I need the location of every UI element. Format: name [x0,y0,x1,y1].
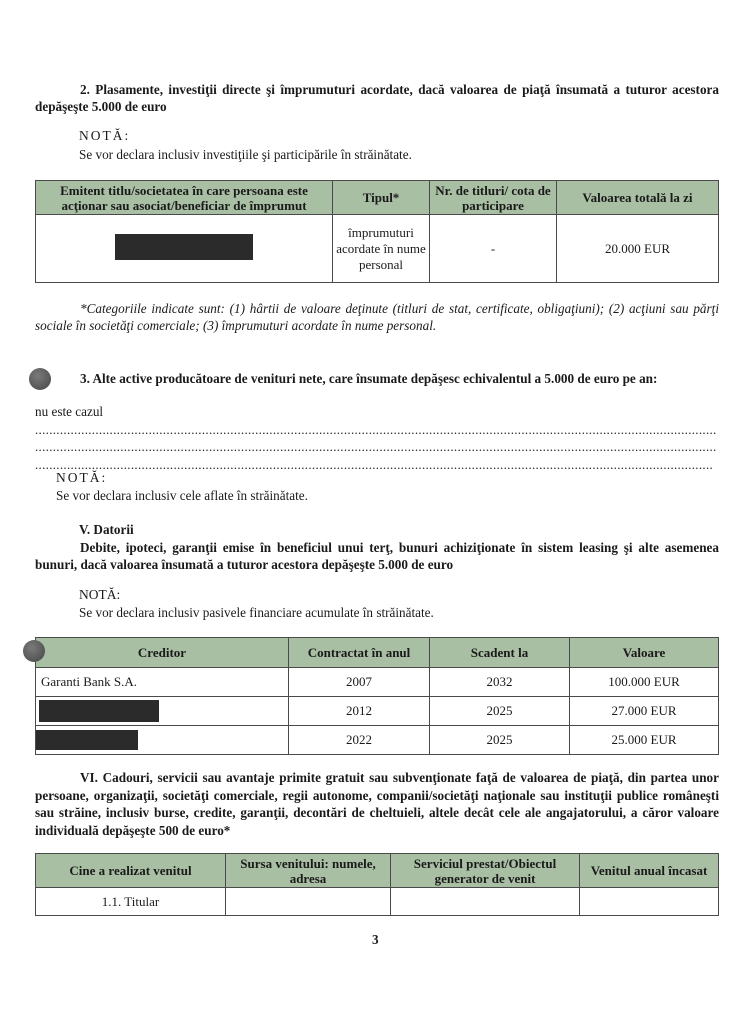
cell-serviciul [391,888,580,916]
section2-heading: 2. Plasamente, investiţii directe şi împ… [35,81,719,115]
col-header-tip: Tipul* [333,181,430,215]
cell-valoare: 25.000 EUR [570,726,719,755]
table-row: împrumuturi acordate în nume personal - … [36,215,719,283]
col-header-serviciul: Serviciul prestat/Obiectul generator de … [391,854,580,888]
sectionV-title: V. Datorii [79,521,134,538]
cell-contractat: 2012 [289,697,430,726]
section2-footnote: *Categoriile indicate sunt: (1) hârtii d… [35,300,719,334]
cell-cine: 1.1. Titular [36,888,226,916]
table-row: Garanti Bank S.A. 2007 2032 100.000 EUR [36,668,719,697]
col-header-contractat: Contractat în anul [289,638,430,668]
table-header-row: Emitent titlu/societatea în care persoan… [36,181,719,215]
col-header-venitul: Venitul anual încasat [580,854,719,888]
cell-venitul [580,888,719,916]
table-row: 1.1. Titular [36,888,719,916]
cell-contractat: 2022 [289,726,430,755]
col-header-creditor: Creditor [36,638,289,668]
sectionVI-heading: VI. Cadouri, servicii sau avantaje primi… [35,769,719,839]
col-header-cine: Cine a realizat venitul [36,854,226,888]
cell-creditor [36,697,289,726]
cell-sursa [226,888,391,916]
dotted-line: ........................................… [35,421,717,438]
section3-answer: nu este cazul [35,403,103,420]
section3-nota-text: Se vor declara inclusiv cele aflate în s… [56,487,308,504]
cell-contractat: 2007 [289,668,430,697]
redaction-block [36,730,138,750]
cell-tip: împrumuturi acordate în nume personal [333,215,430,283]
dotted-line: ........................................… [35,456,713,473]
cell-emitent [36,215,333,283]
sectionV-nota-label: NOTĂ: [79,586,120,603]
cell-scadent: 2025 [430,697,570,726]
table-row: 2022 2025 25.000 EUR [36,726,719,755]
gifts-table: Cine a realizat venitul Sursa venitului:… [35,853,719,916]
col-header-emitent: Emitent titlu/societatea în care persoan… [36,181,333,215]
investments-table: Emitent titlu/societatea în care persoan… [35,180,719,283]
cell-valoare: 20.000 EUR [557,215,719,283]
redaction-block [115,234,253,260]
redaction-block [39,700,159,722]
section2-nota-text: Se vor declara inclusiv investiţiile şi … [79,146,412,163]
cell-creditor [36,726,289,755]
table-header-row: Creditor Contractat în anul Scadent la V… [36,638,719,668]
col-header-scadent: Scadent la [430,638,570,668]
section3-heading: 3. Alte active producătoare de venituri … [35,370,719,387]
section3-nota-label: NOTĂ: [56,470,107,486]
col-header-valoare: Valoarea totală la zi [557,181,719,215]
sectionV-nota-text: Se vor declara inclusiv pasivele financi… [79,604,434,621]
dotted-line: ........................................… [35,438,717,455]
cell-valoare: 27.000 EUR [570,697,719,726]
cell-valoare: 100.000 EUR [570,668,719,697]
cell-scadent: 2025 [430,726,570,755]
debts-table: Creditor Contractat în anul Scadent la V… [35,637,719,755]
section2-nota-label: NOTĂ: [79,128,130,144]
cell-scadent: 2032 [430,668,570,697]
col-header-valoare: Valoare [570,638,719,668]
table-row: 2012 2025 27.000 EUR [36,697,719,726]
cell-nr: - [430,215,557,283]
col-header-nr: Nr. de titluri/ cota de participare [430,181,557,215]
page-number: 3 [372,931,379,948]
col-header-sursa: Sursa venitului: numele, adresa [226,854,391,888]
sectionV-heading: Debite, ipoteci, garanţii emise în benef… [35,539,719,573]
punch-hole [23,640,45,662]
cell-creditor: Garanti Bank S.A. [36,668,289,697]
table-header-row: Cine a realizat venitul Sursa venitului:… [36,854,719,888]
